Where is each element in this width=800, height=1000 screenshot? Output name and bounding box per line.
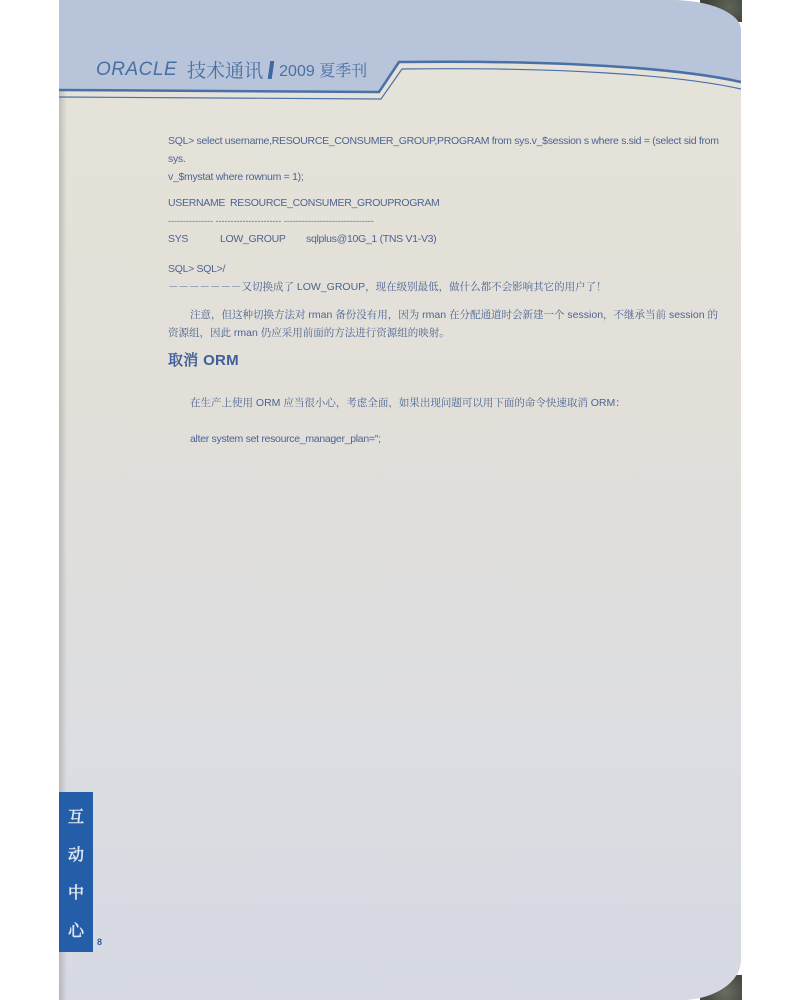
result-cell: LOW_GROUP bbox=[220, 230, 306, 248]
note-line: 资源组，因此 rman 仍应采用前面的方法进行资源组的映射。 bbox=[168, 324, 728, 342]
page-number: 8 bbox=[97, 937, 102, 947]
section-heading: 取消 ORM bbox=[168, 352, 239, 370]
note-paragraph: 注意，但这种切换方法对 rman 备份没有用，因为 rman 在分配通道时会新建… bbox=[168, 306, 728, 342]
sql-command: alter system set resource_manager_plan='… bbox=[168, 430, 381, 448]
side-tab-char: 心 bbox=[68, 918, 84, 941]
side-tab-char: 动 bbox=[68, 842, 84, 865]
side-tab-char: 中 bbox=[68, 880, 84, 903]
prompt-block: SQL> SQL>/ －－－－－－－又切换成了 LOW_GROUP，现在级别最低… bbox=[168, 260, 607, 296]
title-separator bbox=[268, 61, 275, 79]
comment-line: －－－－－－－又切换成了 LOW_GROUP，现在级别最低，做什么都不会影响其它… bbox=[168, 278, 607, 296]
note-line: 注意，但这种切换方法对 rman 备份没有用，因为 rman 在分配通道时会新建… bbox=[168, 306, 728, 324]
publication-title: ORACLE 技术通讯 2009 夏季刊 bbox=[96, 56, 367, 83]
issue-label: 2009 夏季刊 bbox=[279, 58, 367, 81]
sql-query: SQL> select username,RESOURCE_CONSUMER_G… bbox=[168, 132, 728, 186]
result-divider: --------------- ---------------------- -… bbox=[168, 212, 440, 230]
result-column-header: RESOURCE_CONSUMER_GROUPROGRAM bbox=[230, 194, 440, 212]
sql-query-line: SQL> select username,RESOURCE_CONSUMER_G… bbox=[168, 132, 728, 168]
page-header: ORACLE 技术通讯 2009 夏季刊 bbox=[59, 0, 741, 120]
result-cell: sqlplus@10G_1 (TNS V1-V3) bbox=[306, 230, 436, 248]
section-side-tab: 互 动 中 心 bbox=[59, 792, 93, 952]
section-paragraph: 在生产上使用 ORM 应当很小心，考虑全面，如果出现问题可以用下面的命令快速取消… bbox=[168, 394, 626, 412]
publication-name: 技术通讯 bbox=[187, 56, 263, 83]
sql-query-line: v_$mystat where rownum = 1); bbox=[168, 168, 728, 186]
result-cell: SYS bbox=[168, 230, 220, 248]
magazine-page: ORACLE 技术通讯 2009 夏季刊 SQL> select usernam… bbox=[59, 0, 741, 1000]
background bbox=[740, 0, 800, 1000]
result-header-row: USERNAME RESOURCE_CONSUMER_GROUPROGRAM bbox=[168, 194, 440, 212]
result-row: SYS LOW_GROUP sqlplus@10G_1 (TNS V1-V3) bbox=[168, 230, 440, 248]
result-column-header: USERNAME bbox=[168, 194, 230, 212]
side-tab-char: 互 bbox=[68, 804, 84, 827]
query-result: USERNAME RESOURCE_CONSUMER_GROUPROGRAM -… bbox=[168, 194, 440, 248]
brand-name: ORACLE bbox=[96, 59, 177, 81]
prompt-line: SQL> SQL>/ bbox=[168, 260, 607, 278]
